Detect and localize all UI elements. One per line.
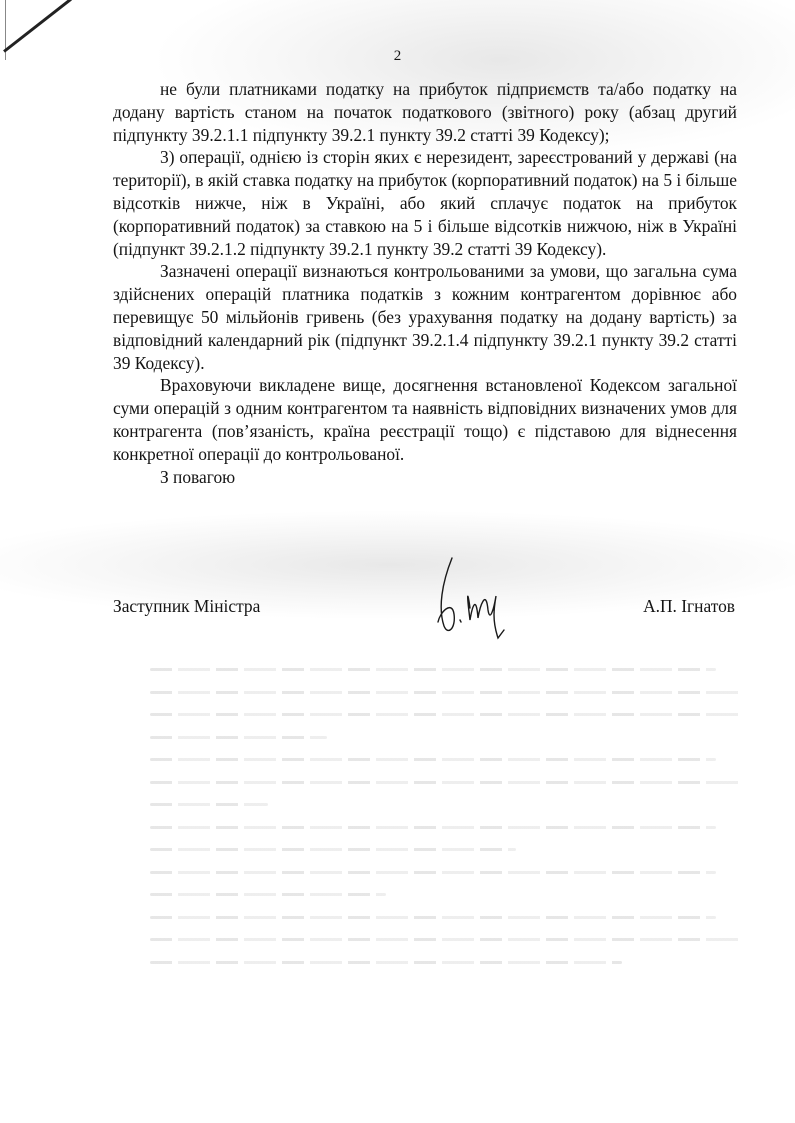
paragraph: Зазначені операції визнаються контрольов…	[113, 260, 737, 374]
paragraph: 3) операції, однією із сторін яких є нер…	[113, 146, 737, 260]
page-number: 2	[0, 48, 795, 65]
letter-body: не були платниками податку на прибуток п…	[113, 78, 737, 488]
paragraph: Враховуючи викладене вище, досягнення вс…	[113, 374, 737, 465]
signatory-name: А.П. Ігнатов	[643, 596, 735, 617]
closing-salutation: З повагою	[113, 466, 737, 489]
paragraph: не були платниками податку на прибуток п…	[113, 78, 737, 146]
signature-block: Заступник Міністра А.П. Ігнатов	[113, 596, 737, 626]
scan-artifact-line	[3, 0, 72, 53]
bleed-through-text	[150, 668, 740, 983]
signatory-role: Заступник Міністра	[113, 596, 260, 617]
